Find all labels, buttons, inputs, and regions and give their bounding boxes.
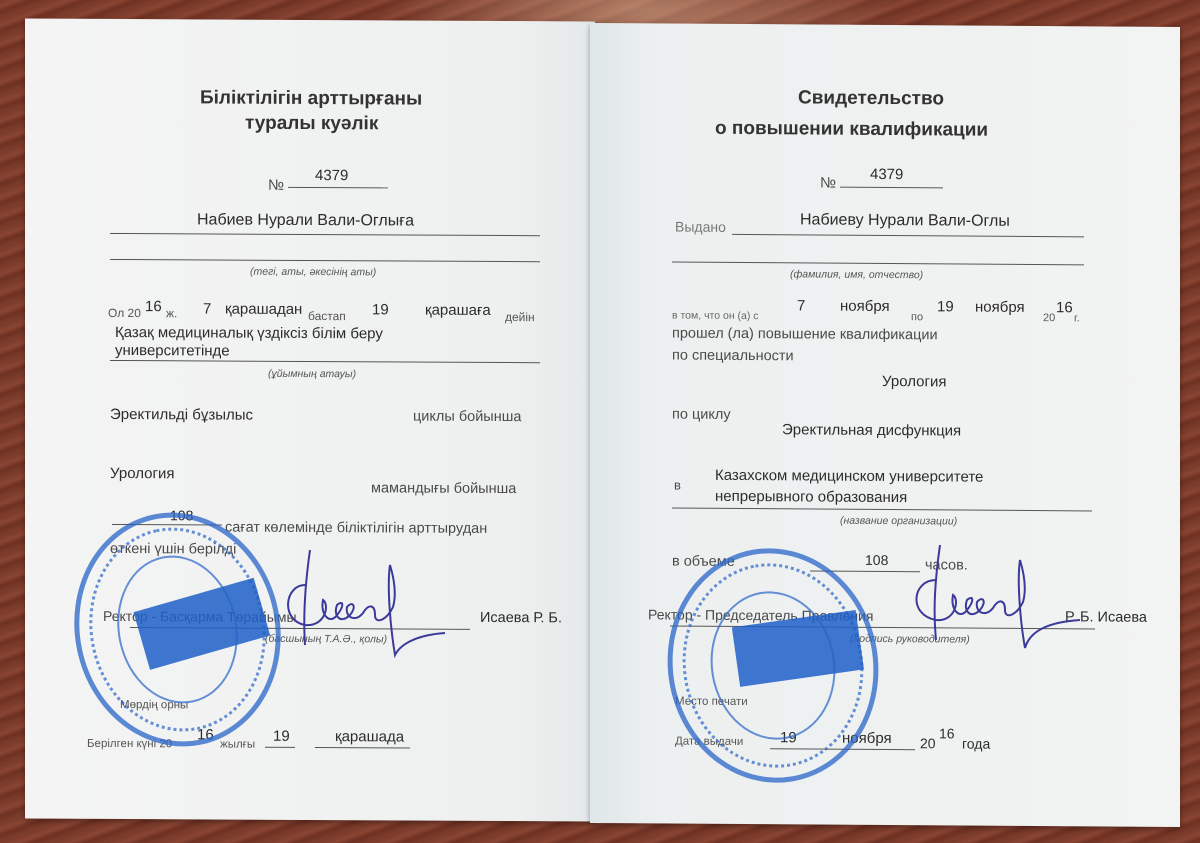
number-underline xyxy=(288,187,388,189)
issued-to-label: Выдано xyxy=(675,219,726,235)
issue-year: 16 xyxy=(939,725,955,741)
period-start-month: ноября xyxy=(840,298,890,315)
period-end-day: 19 xyxy=(372,301,389,318)
organization-line1: Казахском медицинском университете xyxy=(715,467,983,486)
period-year-suffix: ж. xyxy=(166,306,177,320)
period-start-day: 7 xyxy=(797,297,805,314)
hours-text: сағат көлемінде біліктілігін арттырудан xyxy=(225,520,487,537)
recipient-name: Набиев Нурали Вали-Оглыға xyxy=(197,211,414,230)
period-prefix: в том, что он (а) с xyxy=(672,310,759,323)
seal-logo-icon xyxy=(732,610,864,687)
specialty-label: по специальности xyxy=(672,348,794,365)
period-start-day: 7 xyxy=(203,300,211,317)
signature-right-icon xyxy=(900,540,1080,650)
name-underline xyxy=(732,234,1084,237)
page-title-line2: туралы куәлік xyxy=(245,113,378,136)
number-underline xyxy=(840,187,943,189)
organization-line1: Қазақ медициналық үздіксіз білім беру xyxy=(115,324,383,342)
period-year: 16 xyxy=(1056,299,1073,316)
period-end-day: 19 xyxy=(937,298,954,315)
name-underline xyxy=(110,233,540,236)
page-title-line1: Свидетельство xyxy=(798,87,944,110)
period-to-word: по xyxy=(911,311,923,323)
certificate-number: 4379 xyxy=(315,167,348,184)
name-hint: (тегі, аты, әкесінің аты) xyxy=(250,266,376,279)
period-end-month: ноября xyxy=(975,299,1025,316)
recipient-name: Набиеву Нурали Вали-Оглы xyxy=(800,211,1010,230)
period-year-prefix: 20 xyxy=(1043,312,1055,324)
signature-left-icon xyxy=(275,545,445,660)
issued-day: 19 xyxy=(273,728,290,745)
number-label: № xyxy=(820,175,836,192)
org-prefix: в xyxy=(674,478,681,493)
rector-name: Исаева Р. Б. xyxy=(480,610,562,626)
issue-year-prefix: 20 xyxy=(920,735,936,751)
period-start-month: қарашадан xyxy=(225,301,302,318)
issued-month-underline xyxy=(315,747,410,748)
specialty-value: Урология xyxy=(882,373,946,390)
certificate-number: 4379 xyxy=(870,166,903,183)
specialty-label: мамандығы бойынша xyxy=(371,480,516,497)
period-until-word: дейін xyxy=(505,310,535,324)
specialty-value: Урология xyxy=(110,465,174,482)
period-from-word: бастап xyxy=(308,309,346,323)
completed-text: прошел (ла) повышение квалификации xyxy=(672,326,938,344)
seal-logo-icon xyxy=(134,578,271,670)
cycle-label: по циклу xyxy=(672,407,731,423)
period-year-suffix: г. xyxy=(1074,312,1080,324)
cycle-value: Эректильді бұзылыс xyxy=(110,406,253,424)
page-title-line2: о повышении квалификации xyxy=(715,118,988,142)
period-end-month: қарашаға xyxy=(425,302,491,319)
number-label: № xyxy=(268,177,284,194)
issue-year-suffix: года xyxy=(962,736,990,752)
name-hint: (фамилия, имя, отчество) xyxy=(790,268,923,281)
issued-year-suffix: жылғы xyxy=(220,739,255,751)
page-title-line1: Біліктілігін арттырғаны xyxy=(200,87,422,110)
cycle-label: циклы бойынша xyxy=(413,409,521,426)
organization-underline xyxy=(672,508,1092,512)
organization-underline xyxy=(110,360,540,363)
name-underline-2 xyxy=(672,262,1084,266)
organization-line2: непрерывного образования xyxy=(715,488,907,506)
hours-value: 108 xyxy=(865,552,888,568)
organization-hint: (ұйымның атауы) xyxy=(268,368,356,380)
cycle-value: Эректильная дисфункция xyxy=(782,421,961,439)
issued-day-underline xyxy=(265,747,295,748)
issued-month: қарашада xyxy=(335,728,404,745)
organization-line2: университетінде xyxy=(115,342,230,360)
period-prefix: Ол 20 xyxy=(108,306,141,320)
name-underline-2 xyxy=(110,259,540,262)
organization-hint: (название организации) xyxy=(840,515,957,528)
period-year: 16 xyxy=(145,298,162,315)
